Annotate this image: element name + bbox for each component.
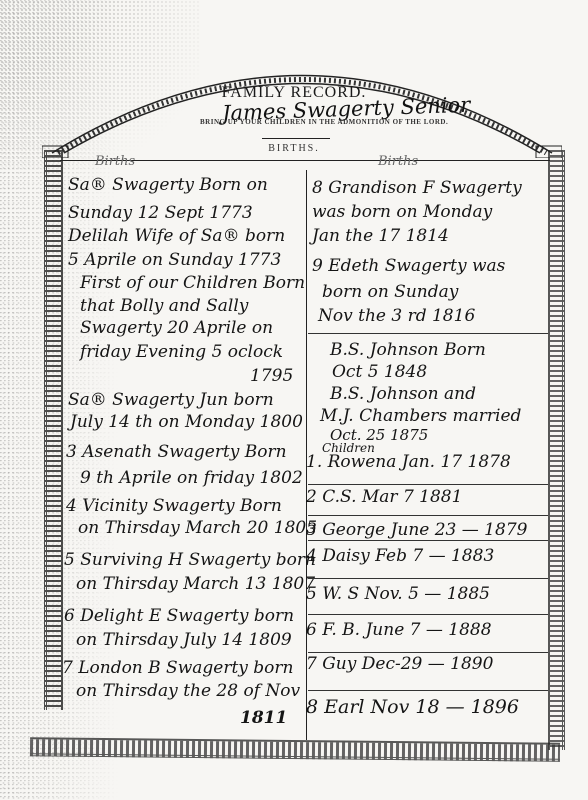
entry-line: Oct 5 1848 [332, 364, 427, 381]
entry-line: that Bolly and Sally [80, 298, 248, 315]
entry-line: M.J. Chambers married [320, 408, 521, 425]
entry-line: Jan the 17 1814 [312, 228, 449, 245]
entry-line: 8 Grandison F Swagerty [312, 180, 522, 197]
entry-line: 7 Guy Dec-29 — 1890 [306, 656, 493, 673]
entry-line: 4 Vicinity Swagerty Born [66, 498, 282, 515]
entry-line: Sa® Swagerty Jun born [68, 392, 274, 409]
left-column-label: Births [95, 154, 135, 169]
entry-line: on Thirsday March 13 1807 [76, 576, 315, 593]
entry-line: July 14 th on Monday 1800 [70, 414, 303, 431]
row-rule [308, 484, 548, 485]
entry-line: 1. Rowena Jan. 17 1878 [306, 454, 511, 471]
entry-line: 4 Daisy Feb 7 — 1883 [306, 548, 494, 565]
entry-line: Sunday 12 Sept 1773 [68, 205, 253, 222]
right-column-label: Births [378, 154, 418, 169]
entry-line: on Thirsday the 28 of Nov [76, 683, 300, 700]
ornamental-border-right [548, 150, 565, 750]
entry-line: 5 W. S Nov. 5 — 1885 [306, 586, 490, 603]
entry-line: born on Sunday [322, 284, 458, 301]
section-heading: BIRTHS. [0, 143, 588, 154]
entry-line: 9 th Aprile on friday 1802 [80, 470, 303, 487]
entry-line: 1795 [250, 368, 293, 385]
entry-line: B.S. Johnson and [330, 386, 476, 403]
entry-line: 8 Earl Nov 18 — 1896 [306, 698, 519, 717]
entry-line: 7 London B Swagerty born [62, 660, 294, 677]
row-rule [308, 540, 548, 541]
entry-line: 1811 [240, 710, 287, 727]
entry-line: 5 Aprile on Sunday 1773 [68, 252, 281, 269]
heading-rule [262, 138, 330, 139]
motto: BRING UP YOUR CHILDREN IN THE ADMONITION… [200, 118, 448, 126]
entry-line: 9 Edeth Swagerty was [312, 258, 505, 275]
section-rule [308, 333, 548, 334]
entry-line: 2 C.S. Mar 7 1881 [306, 489, 462, 506]
entry-line: First of our Children Born [80, 275, 305, 292]
entry-line: Sa® Swagerty Born on [68, 177, 268, 194]
entry-line: 3 Asenath Swagerty Born [66, 444, 287, 461]
entry-line: on Thirsday March 20 1805 [78, 520, 317, 537]
entry-line: Nov the 3 rd 1816 [318, 308, 475, 325]
entry-line: 6 Delight E Swagerty born [64, 608, 294, 625]
row-rule [308, 578, 548, 579]
row-rule [308, 515, 548, 516]
entry-line: B.S. Johnson Born [330, 342, 486, 359]
row-rule [308, 652, 548, 653]
entry-line: 6 F. B. June 7 — 1888 [306, 622, 492, 639]
entry-line: Delilah Wife of Sa® born [68, 228, 285, 245]
ornamental-border-left [44, 150, 63, 710]
entry-line: was born on Monday [312, 204, 492, 221]
entry-line: on Thirsday July 14 1809 [76, 632, 292, 649]
entry-line: 3 George June 23 — 1879 [306, 522, 527, 539]
entry-line: 5 Surviving H Swagerty born [64, 552, 316, 569]
row-rule [308, 690, 548, 691]
entry-line: friday Evening 5 oclock [80, 344, 283, 361]
entry-line: Swagerty 20 Aprile on [80, 320, 273, 337]
row-rule [308, 614, 548, 615]
